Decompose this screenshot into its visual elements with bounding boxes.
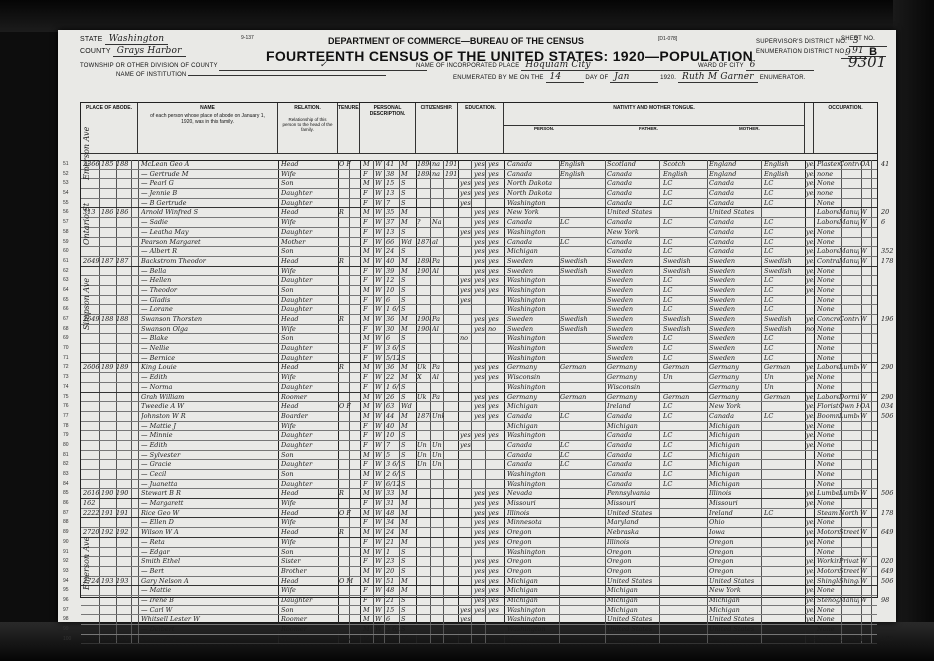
cell-ind: Lumber co: [839, 635, 859, 644]
cell-fmt: English: [663, 170, 707, 179]
table-row: 612649187187Backstrom TheodorHeadRMW40M1…: [81, 257, 877, 267]
cell-fmt: LC: [663, 276, 707, 285]
cell-fpob: Maryland: [607, 518, 661, 527]
cell-pob: Illinois: [507, 509, 559, 518]
cell-fpob: Canada: [607, 412, 661, 421]
cell-mar: M: [401, 499, 413, 508]
cell-age: 7: [386, 199, 400, 208]
cell-pob: Oregon: [507, 567, 559, 576]
cell-fmt: LC: [663, 480, 707, 489]
cell-mar: S: [401, 596, 413, 605]
sheet-label: SHEET NO.: [841, 36, 875, 42]
cell-line: 85: [63, 489, 79, 498]
cell-right: 020: [881, 557, 901, 566]
cell-fpob: Canada: [607, 451, 661, 460]
cell-read: yes: [474, 402, 486, 411]
street-name-4: Emerson Ave: [82, 537, 91, 590]
cell-rel: Daughter: [281, 305, 336, 314]
cell-fmt: Un: [663, 373, 707, 382]
cell-name: Pearson Margaret: [141, 238, 276, 247]
cell-line: 62: [63, 267, 79, 276]
cell-rel: Sister: [281, 557, 336, 566]
cell-mar: M: [401, 257, 413, 266]
cell-race: W: [375, 228, 385, 237]
cell-mmt: LC: [764, 509, 804, 518]
cell-sex: F: [363, 538, 373, 547]
cell-name: — Albert R: [141, 247, 276, 256]
cell-mar: S: [401, 228, 413, 237]
cell-pob: Michigan: [507, 247, 559, 256]
cell-mpob: England: [709, 160, 763, 169]
cell-pob: Missouri: [507, 635, 559, 644]
cell-sex: F: [363, 238, 373, 247]
cell-age: 3 6/12: [386, 460, 400, 469]
cell-rel: Son: [281, 451, 336, 460]
cell-mpob: Sweden: [709, 296, 763, 305]
table-row: 80— EdithDaughterFW7SUnUnyesCanadaLCCana…: [81, 441, 877, 451]
cell-mar: S: [401, 354, 413, 363]
cell-rel: Head: [281, 315, 336, 324]
cell-occ: None: [817, 199, 839, 208]
cell-mar: S: [401, 441, 413, 450]
census-sheet: 9-137 [D1-078] DEPARTMENT OF COMMERCE—BU…: [58, 30, 896, 622]
cell-occ: Stenographer: [817, 596, 839, 605]
cell-pob: Sweden: [507, 315, 559, 324]
cell-natyr: 1911: [445, 170, 457, 179]
cell-write: no: [488, 325, 502, 334]
cell-eng: yes: [806, 557, 815, 566]
cell-mar: M: [401, 267, 413, 276]
cell-rel: Mother: [281, 238, 336, 247]
cell-mt: Swedish: [560, 267, 605, 276]
cell-mpob: Germany: [709, 363, 763, 372]
cell-read: yes: [474, 538, 486, 547]
cell-occ: None: [817, 354, 839, 363]
cell-rel: Wife: [281, 422, 336, 431]
cell-pob: Oregon: [507, 557, 559, 566]
cell-emp: W: [860, 208, 870, 217]
cell-rel: Head: [281, 509, 336, 518]
cell-dw: 192: [101, 528, 116, 537]
cell-race: W: [375, 615, 385, 624]
cell-line: 52: [63, 170, 79, 179]
cell-mpob: Sweden: [709, 257, 763, 266]
cell-ten: R: [339, 528, 359, 537]
cell-sex: F: [363, 460, 373, 469]
cell-sch: yes: [460, 431, 472, 440]
cell-read: yes: [474, 635, 486, 644]
cell-right: 506: [881, 577, 901, 586]
cell-natyr: 1911: [445, 160, 457, 169]
cell-fpob: Canada: [607, 179, 661, 188]
cell-fam: 189: [116, 363, 131, 372]
table-row: 91— EdgarSonMW1SWashingtonOregonOregonNo…: [81, 548, 877, 558]
institution-field: NAME OF INSTITUTION: [116, 72, 386, 78]
cell-race: W: [375, 470, 385, 479]
table-row: 78— Mattie JWifeFW40MMichiganMichiganMic…: [81, 422, 877, 432]
cell-mpob: Germany: [709, 383, 763, 392]
cell-sex: M: [363, 315, 373, 324]
cell-ten: O F: [339, 160, 359, 169]
cell-eng: yes: [806, 567, 815, 576]
cell-read: yes: [474, 228, 486, 237]
cell-imm: Uk: [417, 393, 431, 402]
cell-line: 77: [63, 412, 79, 421]
cell-fpob: Sweden: [607, 276, 661, 285]
cell-mt: German: [560, 393, 605, 402]
cell-write: yes: [488, 586, 502, 595]
table-row: 1002736194194Loman B LHeadO MMW37Myesyes…: [81, 635, 877, 645]
cell-read: yes: [474, 189, 486, 198]
cell-name: — Margarett: [141, 499, 276, 508]
cell-age: 15: [386, 179, 400, 188]
cell-fpob: Sweden: [607, 257, 661, 266]
cell-mpob: Michigan: [709, 480, 763, 489]
cell-race: W: [375, 509, 385, 518]
cell-occ: Motorman: [817, 567, 839, 576]
cell-name: — Blake: [141, 334, 276, 343]
cell-write: yes: [488, 499, 502, 508]
cell-mpob: Michigan: [709, 470, 763, 479]
cell-eng: yes: [806, 189, 815, 198]
cell-sex: M: [363, 548, 373, 557]
cell-mar: S: [401, 247, 413, 256]
cell-pob: Washington: [507, 431, 559, 440]
cell-write: yes: [488, 267, 502, 276]
cell-mpob: Oregon: [709, 538, 763, 547]
cell-mar: S: [401, 334, 413, 343]
cell-ind: Contractor: [839, 160, 859, 169]
cell-age: 41: [386, 160, 400, 169]
cell-dw: 190: [101, 489, 116, 498]
institution-value: [188, 75, 386, 76]
cell-mpob: Germany: [709, 393, 763, 402]
cell-occ: None: [817, 267, 839, 276]
cell-write: yes: [488, 286, 502, 295]
cell-line: 61: [63, 257, 79, 266]
cell-age: 6: [386, 296, 400, 305]
cell-sex: M: [363, 567, 373, 576]
cell-name: — Reta: [141, 538, 276, 547]
cell-occ: None: [817, 431, 839, 440]
cell-right: 590: [881, 635, 901, 644]
cell-nat: na: [432, 160, 444, 169]
cell-name: Grah William: [141, 393, 276, 402]
cell-read: yes: [474, 577, 486, 586]
cell-eng: yes: [806, 228, 815, 237]
table-row: 57— SadieWifeFW37M?NayesyesCanadaLCCanad…: [81, 218, 877, 228]
cell-mar: M: [401, 518, 413, 527]
cell-eng: yes: [806, 577, 815, 586]
cell-mmt: LC: [764, 238, 804, 247]
cell-race: W: [375, 538, 385, 547]
cell-fmt: LC: [663, 334, 707, 343]
cell-sex: M: [363, 470, 373, 479]
cell-rel: Son: [281, 334, 336, 343]
cell-mt: English: [560, 160, 605, 169]
cell-mmt: LC: [764, 305, 804, 314]
cell-rel: Wife: [281, 170, 336, 179]
cell-eng: yes: [806, 373, 815, 382]
cell-occ: Laborer: [817, 218, 839, 227]
cell-write: yes: [488, 160, 502, 169]
cell-fpob: Canada: [607, 441, 661, 450]
cell-read: yes: [474, 412, 486, 421]
cell-name: — B Gertrude: [141, 199, 276, 208]
cell-line: 65: [63, 296, 79, 305]
cell-fmt: LC: [663, 286, 707, 295]
cell-nat: Unknown: [432, 412, 444, 421]
cell-sex: M: [363, 286, 373, 295]
cell-race: W: [375, 567, 385, 576]
cell-name: — Lorane: [141, 305, 276, 314]
cell-mar: S: [401, 276, 413, 285]
cell-fmt: LC: [663, 470, 707, 479]
cell-pob: Canada: [507, 412, 559, 421]
cell-read: yes: [474, 179, 486, 188]
cell-ind: Lumber co: [839, 412, 859, 421]
cell-write: yes: [488, 577, 502, 586]
cell-mar: S: [401, 383, 413, 392]
cell-right: 20: [881, 208, 901, 217]
cell-rel: Daughter: [281, 383, 336, 392]
cell-race: W: [375, 489, 385, 498]
cell-emp: W: [860, 557, 870, 566]
cell-mpob: Michigan: [709, 460, 763, 469]
cell-fpob: Oregon: [607, 548, 661, 557]
cell-age: 36: [386, 363, 400, 372]
cell-fpob: Arkansas: [607, 635, 661, 644]
cell-emp: W: [860, 218, 870, 227]
cell-name: — Ellen D: [141, 518, 276, 527]
cell-sex: F: [363, 596, 373, 605]
cell-eng: yes: [806, 286, 815, 295]
cell-sex: M: [363, 179, 373, 188]
table-row: 77Johnston W RBoarderMW44M1870Unknownyes…: [81, 412, 877, 422]
cell-ind: Private Family: [839, 557, 859, 566]
cell-eng: yes: [806, 499, 815, 508]
cell-write: yes: [488, 276, 502, 285]
col-occupation: OCCUPATION.: [814, 103, 877, 153]
cell-name: — Bert: [141, 567, 276, 576]
cell-fam: 191: [116, 509, 131, 518]
table-row: 99— DelbertRoomerMW3 6/12SWashingtonUnit…: [81, 625, 877, 635]
cell-line: 90: [63, 538, 79, 547]
table-row: 79— MinnieDaughterFW10SyesyesyesWashingt…: [81, 431, 877, 441]
cell-fpob: Michigan: [607, 596, 661, 605]
cell-line: 88: [63, 518, 79, 527]
cell-occ: None: [817, 548, 839, 557]
cell-pob: Michigan: [507, 577, 559, 586]
cell-imm: Un: [417, 451, 431, 460]
cell-race: W: [375, 363, 385, 372]
table-row: 70— NellieDaughterFW3 6/12SWashingtonSwe…: [81, 344, 877, 354]
cell-fpob: Oregon: [607, 567, 661, 576]
cell-write: yes: [488, 189, 502, 198]
census-rows: 512366185188McLean Geo AHeadO FMW41M1896…: [81, 160, 877, 644]
cell-sex: F: [363, 267, 373, 276]
cell-fpob: Sweden: [607, 325, 661, 334]
table-row: 56313186186Arnold Winfred SHeadRMW35Myes…: [81, 208, 877, 218]
cell-name: — Gertrude M: [141, 170, 276, 179]
cell-pob: Oregon: [507, 538, 559, 547]
cell-mpob: Iowa: [709, 528, 763, 537]
table-row: 95— MattieWifeFW48MyesyesMichiganMichiga…: [81, 586, 877, 596]
cell-mar: S: [401, 431, 413, 440]
cell-fpob: Sweden: [607, 354, 661, 363]
cell-emp: W: [860, 412, 870, 421]
cell-line: 69: [63, 334, 79, 343]
table-row: 59Pearson MargaretMotherFW66Wd1870alyesy…: [81, 238, 877, 248]
table-row: 82— GracieDaughterFW3 6/12SUnUnCanadaLCC…: [81, 460, 877, 470]
county-value: Grays Harbor: [113, 46, 186, 57]
cell-mpob: Michigan: [709, 606, 763, 615]
cell-race: W: [375, 606, 385, 615]
cell-pob: Wisconsin: [507, 373, 559, 382]
cell-fpob: Sweden: [607, 315, 661, 324]
cell-ten: R: [339, 489, 359, 498]
cell-read: yes: [474, 373, 486, 382]
cell-age: 12: [386, 276, 400, 285]
cell-rel: Wife: [281, 538, 336, 547]
cell-rel: Head: [281, 208, 336, 217]
cell-rel: Son: [281, 470, 336, 479]
col-citizenship: CITIZENSHIP.: [416, 103, 458, 153]
cell-pob: Minnesota: [507, 518, 559, 527]
cell-age: 5/12: [386, 354, 400, 363]
cell-sch: yes: [460, 441, 472, 450]
cell-rel: Head: [281, 489, 336, 498]
cell-mar: S: [401, 625, 413, 634]
cell-name: — Cecil: [141, 470, 276, 479]
cell-fpob: Pennsylvania: [607, 489, 661, 498]
cell-age: 63: [386, 402, 400, 411]
cell-write: yes: [488, 402, 502, 411]
cell-pob: Germany: [507, 363, 559, 372]
col-education: EDUCATION.: [458, 103, 504, 153]
cell-sch: yes: [460, 615, 472, 624]
cell-sex: F: [363, 422, 373, 431]
cell-nat: Al: [432, 325, 444, 334]
cell-write: yes: [488, 635, 502, 644]
cell-occ: Contractor: [817, 257, 839, 266]
cell-ten: O M: [339, 577, 359, 586]
cell-eng: yes: [806, 441, 815, 450]
cell-ind: Manufacturing Co: [839, 596, 859, 605]
cell-nat: Al: [432, 373, 444, 382]
cell-occ: None: [817, 441, 839, 450]
cell-dw: 193: [101, 577, 116, 586]
cell-write: yes: [488, 179, 502, 188]
cell-race: W: [375, 635, 385, 644]
cell-age: 51: [386, 577, 400, 586]
cell-mar: M: [401, 489, 413, 498]
cell-race: W: [375, 305, 385, 314]
cell-rel: Wife: [281, 499, 336, 508]
cell-fmt: LC: [663, 218, 707, 227]
cell-age: 48: [386, 509, 400, 518]
cell-nat: Un: [432, 451, 444, 460]
cell-age: 26: [386, 393, 400, 402]
cell-race: W: [375, 422, 385, 431]
cell-mpob: Tennessee: [709, 635, 763, 644]
township-value: ✓: [219, 60, 427, 71]
cell-mar: M: [401, 509, 413, 518]
cell-sex: F: [363, 518, 373, 527]
cell-mar: M: [401, 170, 413, 179]
cell-rel: Son: [281, 286, 336, 295]
cell-mmt: LC: [764, 354, 804, 363]
cell-line: 100: [63, 635, 79, 644]
cell-fmt: Swedish: [663, 325, 707, 334]
cell-age: 21: [386, 596, 400, 605]
cell-read: yes: [474, 247, 486, 256]
cell-pob: Washington: [507, 296, 559, 305]
state-field: STATE Washington: [80, 34, 168, 45]
cell-race: W: [375, 170, 385, 179]
cell-line: 82: [63, 460, 79, 469]
cell-name: Whitsell Lester W: [141, 615, 276, 624]
cell-race: W: [375, 267, 385, 276]
cell-occ: None: [817, 422, 839, 431]
cell-fmt: Swedish: [663, 257, 707, 266]
cell-read: yes: [474, 160, 486, 169]
cell-right: 290: [881, 363, 901, 372]
cell-age: 6: [386, 334, 400, 343]
cell-fmt: German: [663, 393, 707, 402]
cell-name: Backstrom Theodor: [141, 257, 276, 266]
table-row: 892720192192Wilson W AHeadRMW24MyesyesOr…: [81, 528, 877, 538]
cell-occ: Steam Fireman: [817, 509, 839, 518]
cell-mpob: Germany: [709, 373, 763, 382]
incorporated-place-value: Hoquiam City: [521, 60, 719, 71]
cell-mpob: Canada: [709, 189, 763, 198]
cell-sex: M: [363, 528, 373, 537]
cell-name: Tweedie A W: [141, 402, 276, 411]
cell-emp: OA: [860, 402, 870, 411]
cell-pob: Washington: [507, 470, 559, 479]
cell-nat: al: [432, 238, 444, 247]
cell-age: 48: [386, 586, 400, 595]
cell-age: 2 6/12: [386, 470, 400, 479]
cell-line: 86: [63, 499, 79, 508]
cell-mar: M: [401, 577, 413, 586]
cell-write: yes: [488, 393, 502, 402]
cell-race: W: [375, 373, 385, 382]
cell-mt: Swedish: [560, 325, 605, 334]
cell-rel: Head: [281, 635, 336, 644]
cell-sch: no: [460, 334, 472, 343]
cell-age: 10: [386, 286, 400, 295]
cell-rel: Son: [281, 247, 336, 256]
cell-mar: S: [401, 470, 413, 479]
cell-race: W: [375, 179, 385, 188]
cell-sch: yes: [460, 189, 472, 198]
cell-sex: M: [363, 606, 373, 615]
cell-dw: 185: [101, 160, 116, 169]
cell-occ: None: [817, 586, 839, 595]
cell-age: 37: [386, 218, 400, 227]
cell-imm: 1870: [417, 412, 431, 421]
cell-nat: Pa: [432, 393, 444, 402]
cell-rel: Wife: [281, 325, 336, 334]
cell-race: W: [375, 296, 385, 305]
cell-pob: Washington: [507, 480, 559, 489]
cell-mmt: Swedish: [764, 267, 804, 276]
cell-ten: R: [339, 315, 359, 324]
cell-mmt: LC: [764, 412, 804, 421]
cell-right: 6: [881, 218, 901, 227]
